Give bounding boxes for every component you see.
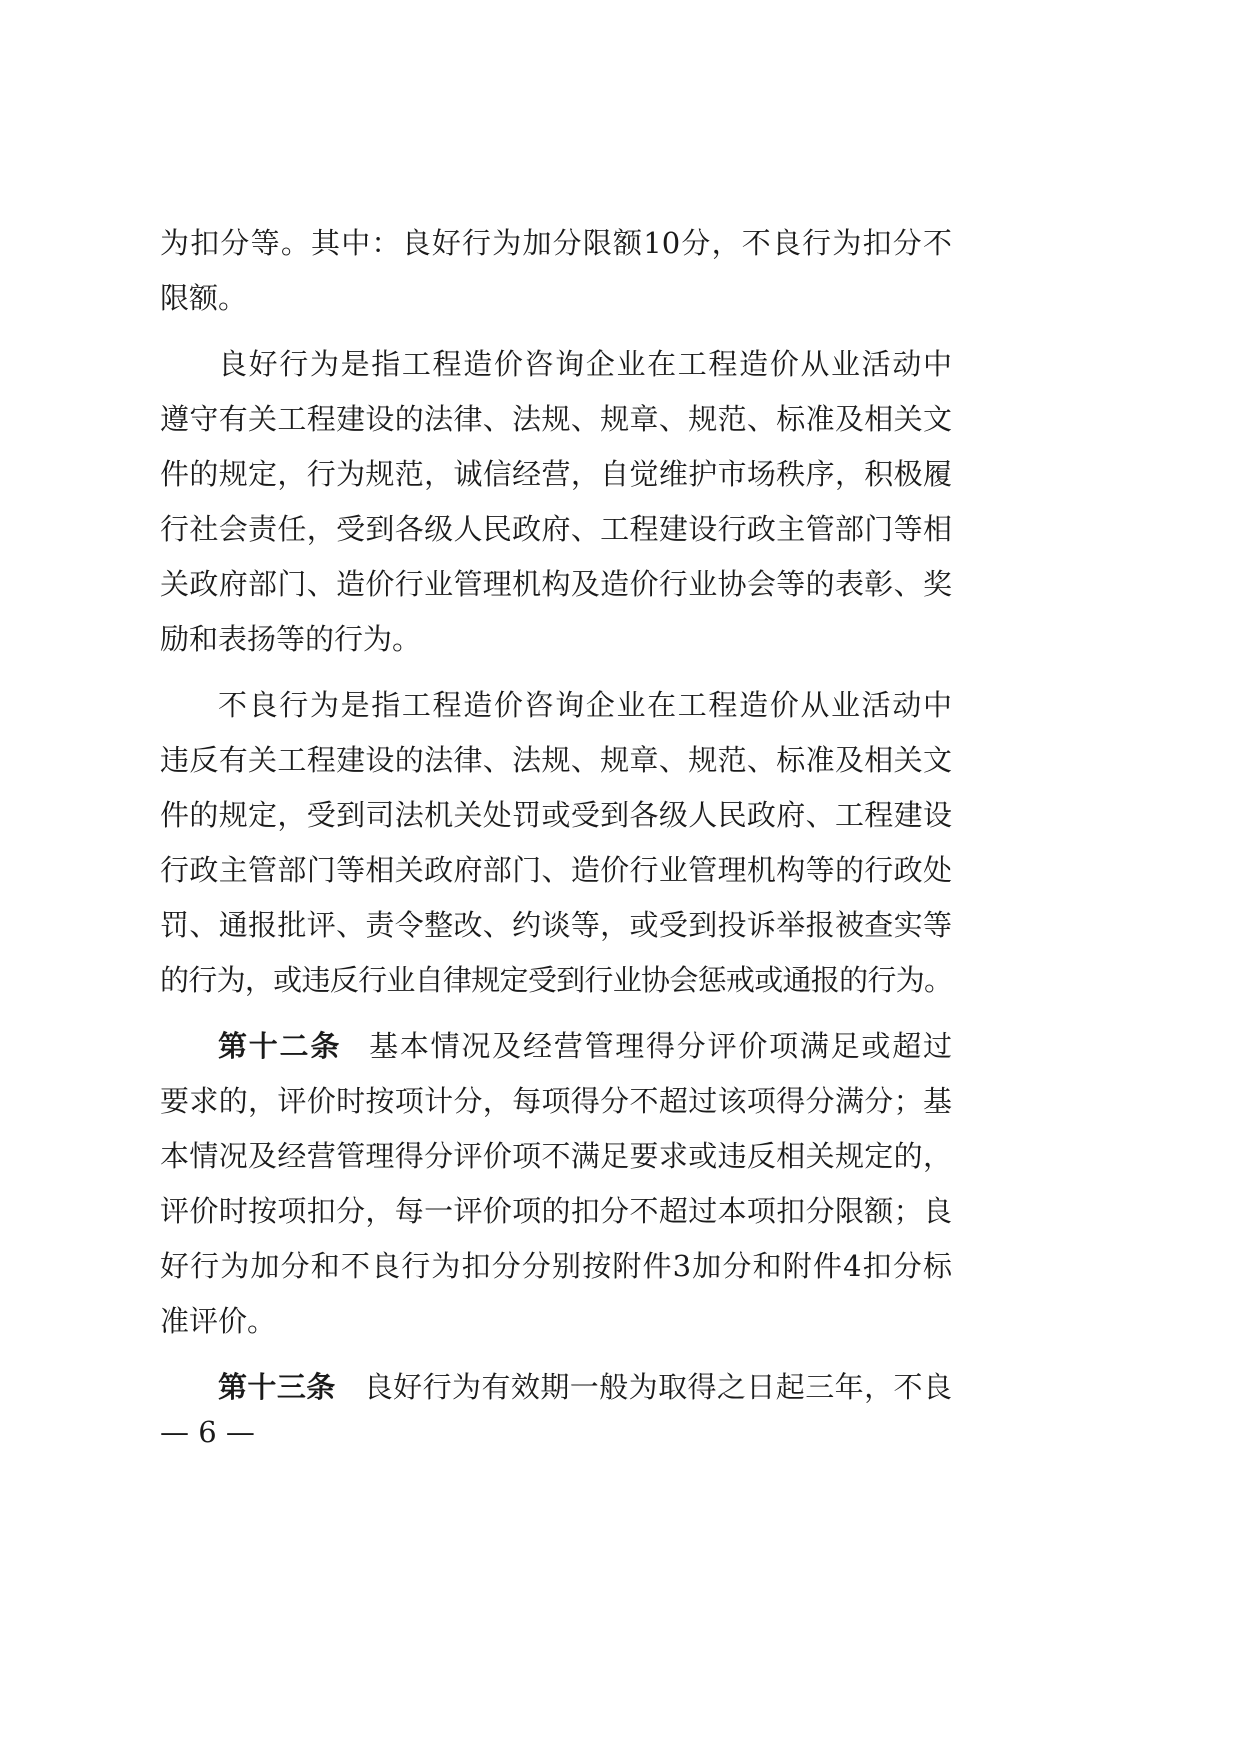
text-line: 行社会责任，受到各级人民政府、工程建设行政主管部门等相 bbox=[160, 502, 952, 557]
paragraph-bad-behavior-start: 不良行为是指工程造价咨询企业在工程造价从业活动中 bbox=[160, 678, 952, 733]
article-13-text: 良好行为有效期一般为取得之日起三年，不良 bbox=[364, 1370, 952, 1404]
text-line: 的行为，或违反行业自律规定受到行业协会惩戒或通报的行为。 bbox=[160, 953, 952, 1008]
text-line: 件的规定，行为规范，诚信经营，自觉维护市场秩序，积极履 bbox=[160, 447, 952, 502]
document-body: 为扣分等。其中：良好行为加分限额10分，不良行为扣分不 限额。 良好行为是指工程… bbox=[160, 216, 952, 1415]
article-13-heading: 第十三条 bbox=[218, 1370, 336, 1404]
text-line: 好行为加分和不良行为扣分分别按附件3加分和附件4扣分标 bbox=[160, 1239, 952, 1294]
paragraph-good-behavior-start: 良好行为是指工程造价咨询企业在工程造价从业活动中 bbox=[160, 337, 952, 392]
text-line: 限额。 bbox=[160, 271, 952, 326]
text-line: 励和表扬等的行为。 bbox=[160, 612, 952, 667]
text-line: 本情况及经营管理得分评价项不满足要求或违反相关规定的， bbox=[160, 1129, 952, 1184]
article-13: 第十三条良好行为有效期一般为取得之日起三年，不良 bbox=[160, 1360, 952, 1415]
text-line: 遵守有关工程建设的法律、法规、规章、规范、标准及相关文 bbox=[160, 392, 952, 447]
text-line: 罚、通报批评、责令整改、约谈等，或受到投诉举报被查实等 bbox=[160, 898, 952, 953]
text-line: 要求的，评价时按项计分，每项得分不超过该项得分满分；基 bbox=[160, 1074, 952, 1129]
text-line: 件的规定，受到司法机关处罚或受到各级人民政府、工程建设 bbox=[160, 788, 952, 843]
text-line: 行政主管部门等相关政府部门、造价行业管理机构等的行政处 bbox=[160, 843, 952, 898]
text-line: 准评价。 bbox=[160, 1294, 952, 1349]
page-number: — 6 — bbox=[160, 1412, 255, 1452]
text-line: 关政府部门、造价行业管理机构及造价行业协会等的表彰、奖 bbox=[160, 557, 952, 612]
text-line: 为扣分等。其中：良好行为加分限额10分，不良行为扣分不 bbox=[160, 216, 952, 271]
text-line: 评价时按项扣分，每一评价项的扣分不超过本项扣分限额；良 bbox=[160, 1184, 952, 1239]
article-12-text: 基本情况及经营管理得分评价项满足或超过 bbox=[369, 1029, 952, 1063]
article-12: 第十二条基本情况及经营管理得分评价项满足或超过 bbox=[160, 1019, 952, 1074]
text-line: 违反有关工程建设的法律、法规、规章、规范、标准及相关文 bbox=[160, 733, 952, 788]
article-12-heading: 第十二条 bbox=[218, 1029, 341, 1063]
